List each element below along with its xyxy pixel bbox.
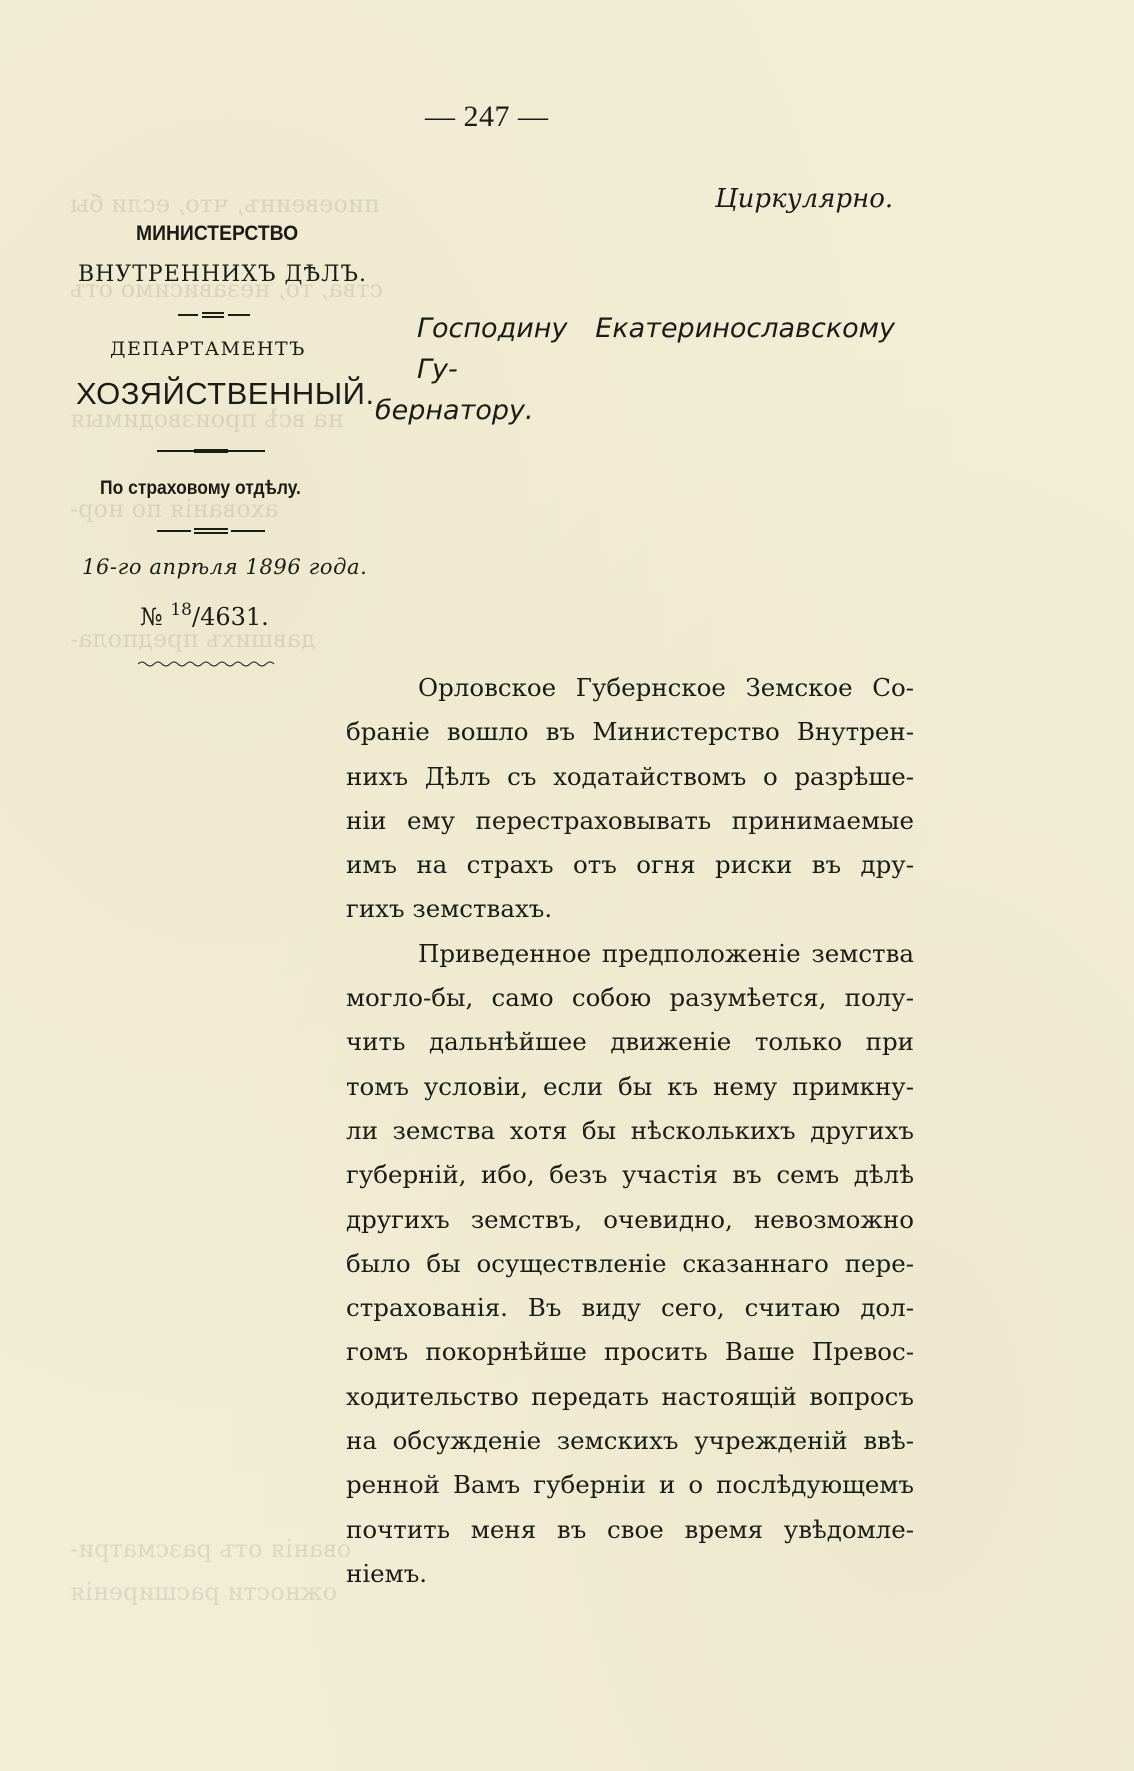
body-line: страхованія. Въ виду сего, считаю дол- [346, 1286, 914, 1330]
paragraph: Орловское Губернское Земское Со- браніе … [346, 666, 914, 932]
number-denominator: /4631. [192, 603, 269, 631]
body-line: томъ условіи, если бы къ нему примкну- [346, 1065, 914, 1109]
body-line: имъ на страхъ отъ огня риски въ дру- [346, 843, 914, 887]
bleed-through-text: ованія отъ разсматри- [70, 1535, 351, 1563]
section-label: По страховому отдѣлу. [100, 478, 301, 500]
ornamental-divider [178, 312, 250, 318]
body-line: гихъ земствахъ. [346, 887, 914, 931]
addressee-line-2: бернатору. [375, 390, 895, 431]
department-subtitle: ХОЗЯЙСТВЕННЫЙ. [76, 376, 375, 412]
number-sign: № [140, 603, 163, 631]
circular-label: Циркулярно. [715, 184, 893, 214]
body-line: Орловское Губернское Земское Со- [346, 666, 914, 710]
body-line: ніи ему перестраховывать принимаемые [346, 799, 914, 843]
ministry-subtitle: ВНУТРЕННИХЪ ДѢЛЪ. [78, 262, 367, 287]
body-line: на обсужденіе земскихъ учрежденій ввѣ- [346, 1419, 914, 1463]
body-line: браніе вошло въ Министерство Внутрен- [346, 710, 914, 754]
ministry-title: МИНИСТЕРСТВО [136, 222, 298, 246]
bleed-through-text: ожности расширенія [70, 1578, 337, 1606]
body-line: могло-бы, само собою разумѣется, полу- [346, 976, 914, 1020]
letter-body: Орловское Губернское Земское Со- браніе … [346, 666, 914, 1596]
body-line: чить дальнѣйшее движеніе только при [346, 1020, 914, 1064]
document-number: № 18/4631. [140, 600, 269, 631]
wavy-divider [138, 660, 278, 668]
body-line: Приведенное предположеніе земства [346, 932, 914, 976]
body-line: гомъ покорнѣйше просить Ваше Превос- [346, 1330, 914, 1374]
body-line: было бы осуществленіе сказаннаго пере- [346, 1242, 914, 1286]
document-date: 16-го апрѣля 1896 года. [82, 555, 367, 579]
department-title: ДЕПАРТАМЕНТЪ [110, 338, 306, 360]
addressee: Господину Екатеринославскому Гу- бернато… [375, 308, 895, 431]
section-divider-top [157, 450, 265, 452]
body-line: почтить меня въ свое время увѣдомле- [346, 1508, 914, 1552]
body-line: другихъ земствъ, очевидно, невозможно [346, 1198, 914, 1242]
body-line: ходительство передать настоящій вопросъ [346, 1375, 914, 1419]
body-line: ли земства хотя бы нѣсколькихъ другихъ [346, 1109, 914, 1153]
number-numerator: 18 [170, 600, 192, 620]
section-divider-bottom [157, 527, 265, 535]
body-line: ренной Вамъ губерніи и о послѣдующемъ [346, 1463, 914, 1507]
bleed-through-text: пиоевеинъ, что, если бы [70, 190, 380, 218]
body-line: губерній, ибо, безъ участія въ семъ дѣлѣ [346, 1153, 914, 1197]
body-line: нихъ Дѣлъ съ ходатайствомъ о разрѣше- [346, 755, 914, 799]
addressee-line-1: Господину Екатеринославскому Гу- [375, 308, 895, 390]
page-number: — 247 — [425, 100, 549, 134]
paragraph: Приведенное предположеніе земства могло-… [346, 932, 914, 1596]
body-line: ніемъ. [346, 1552, 914, 1596]
